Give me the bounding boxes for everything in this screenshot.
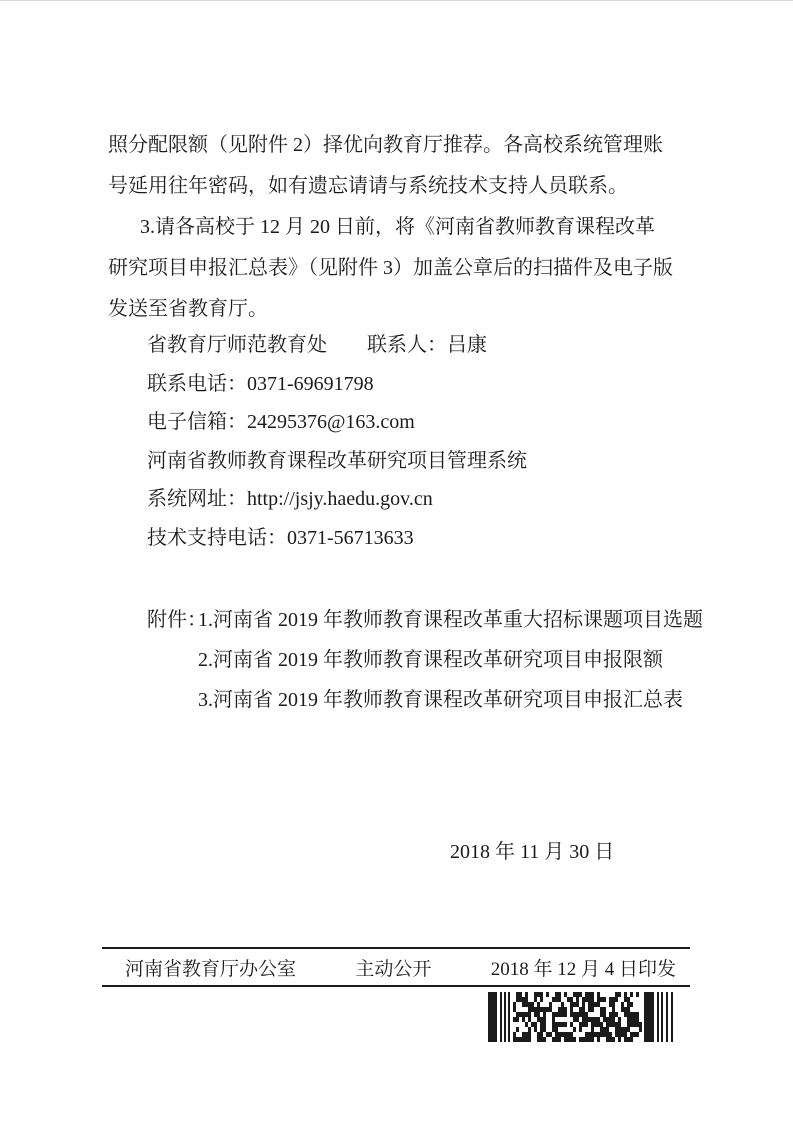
footer-colophon: 河南省教育厅办公室 主动公开 2018 年 12 月 4 日印发 — [102, 949, 690, 985]
attachments-list: 附件： 1.河南省 2019 年教师教育课程改革重大招标课题项目选题 2.河南省… — [147, 600, 747, 720]
page-top-edge — [0, 0, 793, 1]
attachment-item: 2.河南省 2019 年教师教育课程改革研究项目申报限额 — [198, 640, 663, 680]
attachment-item: 3.河南省 2019 年教师教育课程改革研究项目申报汇总表 — [198, 680, 683, 720]
signature-date: 2018 年 11 月 30 日 — [450, 832, 614, 872]
contact-phone-line: 联系电话：0371-69691798 — [108, 365, 708, 404]
attachment-row: 2.河南省 2019 年教师教育课程改革研究项目申报限额 — [147, 640, 747, 680]
body-text-line: 号延用往年密码，如有遗忘请请与系统技术支持人员联系。 — [108, 166, 708, 207]
attachments-label: 附件： — [147, 600, 198, 640]
barcode-graphic — [488, 992, 678, 1042]
footer-issuer: 河南省教育厅办公室 — [125, 954, 296, 981]
contact-department-line: 省教育厅师范教育处 联系人：吕康 — [108, 326, 708, 365]
body-text-line: 照分配限额（见附件 2）择优向教育厅推荐。各高校系统管理账 — [108, 125, 708, 166]
footer-print-date: 2018 年 12 月 4 日印发 — [491, 954, 676, 981]
attachment-row: 附件： 1.河南省 2019 年教师教育课程改革重大招标课题项目选题 — [147, 600, 747, 640]
document-page: 照分配限额（见附件 2）择优向教育厅推荐。各高校系统管理账 号延用往年密码，如有… — [0, 0, 793, 1122]
system-url-line: 系统网址：http://jsjy.haedu.gov.cn — [108, 480, 708, 519]
body-text-line: 发送至省教育厅。 — [108, 289, 708, 330]
footer-access-level: 主动公开 — [355, 954, 431, 981]
body-text: 照分配限额（见附件 2）择优向教育厅推荐。各高校系统管理账 号延用往年密码，如有… — [108, 125, 708, 330]
contact-email-line: 电子信箱：24295376@163.com — [108, 403, 708, 442]
body-text-line: 3.请各高校于 12 月 20 日前，将《河南省教师教育课程改革 — [108, 207, 708, 248]
pdf417-barcode — [488, 992, 678, 1042]
footer-rule-bottom — [102, 985, 690, 987]
body-text-line: 研究项目申报汇总表》（见附件 3）加盖公章后的扫描件及电子版 — [108, 248, 708, 289]
attachment-item: 1.河南省 2019 年教师教育课程改革重大招标课题项目选题 — [198, 600, 703, 640]
support-phone-line: 技术支持电话：0371-56713633 — [108, 519, 708, 558]
attachment-row: 3.河南省 2019 年教师教育课程改革研究项目申报汇总表 — [147, 680, 747, 720]
system-name-line: 河南省教师教育课程改革研究项目管理系统 — [108, 442, 708, 481]
contact-info: 省教育厅师范教育处 联系人：吕康 联系电话：0371-69691798 电子信箱… — [108, 326, 708, 557]
